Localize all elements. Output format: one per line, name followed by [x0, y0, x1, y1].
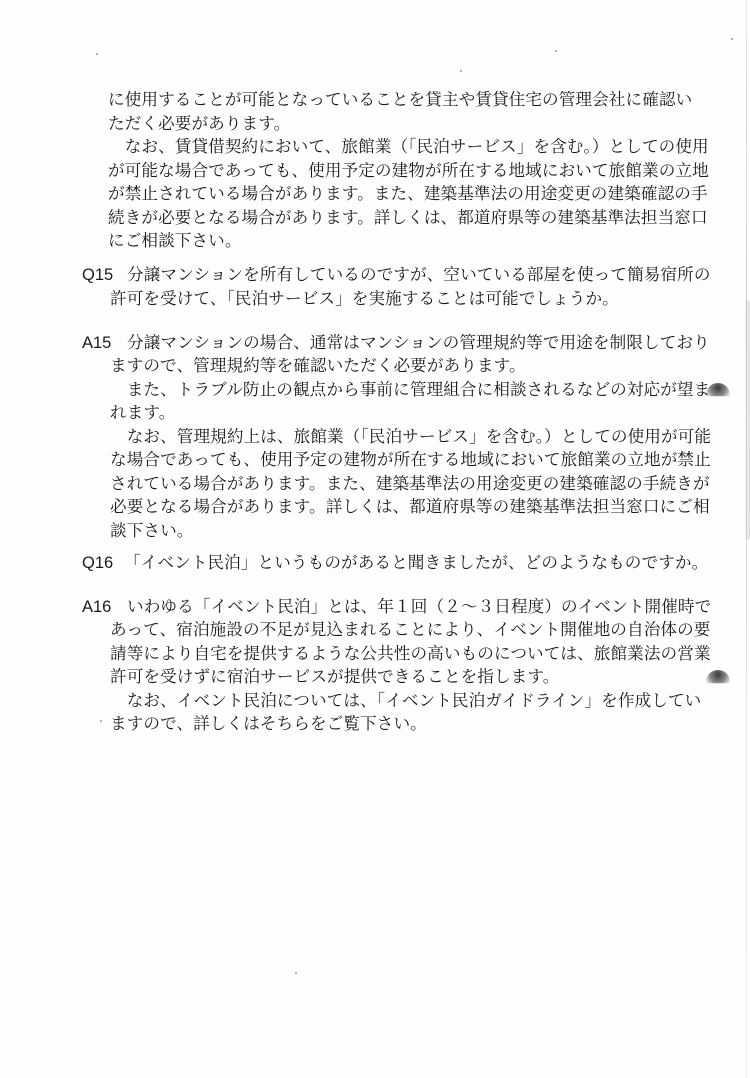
- scan-speck: [731, 38, 733, 40]
- text-line: 続きが必要となる場合があります。詳しくは、都道府県等の建築基準法担当窓口: [108, 208, 708, 228]
- page-edge-shadow: [744, 300, 750, 540]
- text-line: なお、賃貸借契約において、旅館業（「民泊サービス」を含む。）としての使用: [108, 137, 709, 157]
- text-line: が禁止されている場合があります。また、建築基準法の用途変更の建築確認の手: [108, 184, 708, 204]
- text-line: 必要となる場合があります。詳しくは、都道府県等の建築基準法担当窓口にご相: [110, 497, 710, 517]
- text-line: いわゆる「イベント民泊」とは、年１回（２～３日程度）のイベント開催時で: [127, 597, 711, 617]
- question-label: Q16: [82, 553, 113, 573]
- text-line: ますので、管理規約等を確認いただく必要があります。: [110, 356, 526, 376]
- text-line: 「イベント民泊」というものがあると聞きましたが、どのようなものですか。: [124, 553, 708, 573]
- text-line: なお、管理規約上は、旅館業（「民泊サービス」を含む。）としての使用が可能: [110, 427, 711, 447]
- text-line: 分譲マンションの場合、通常はマンションの管理規約等で用途を制限しており: [127, 333, 710, 353]
- text-line: 分譲マンションを所有しているのですが、空いている部屋を使って簡易宿所の: [127, 265, 711, 285]
- scanned-document-page: に使用することが可能となっていることを貸主や賃貸住宅の管理会社に確認い ただく必…: [0, 0, 750, 1078]
- answer-label: A16: [82, 597, 111, 617]
- text-line: にご相談下さい。: [108, 231, 242, 251]
- scan-speck: [295, 972, 297, 974]
- text-line: 請等により自宅を提供するような公共性の高いものについては、旅館業法の営業: [110, 644, 711, 664]
- text-line: れます。: [110, 403, 175, 423]
- text-line: 談下さい。: [110, 521, 193, 541]
- text-line: ただく必要があります。: [108, 114, 290, 134]
- scan-speck: [460, 70, 462, 72]
- text-line: 許可を受けずに宿泊サービスが提供できることを指します。: [110, 667, 559, 687]
- scan-speck: [100, 720, 102, 722]
- text-line: が可能な場合であっても、使用予定の建物が所在する地域において旅館業の立地: [108, 161, 709, 181]
- answer-label: A15: [82, 333, 111, 353]
- text-line: なお、イベント民泊については、「イベント民泊ガイドライン」を作成してい: [110, 691, 701, 711]
- question-label: Q15: [82, 265, 113, 285]
- text-line: されている場合があります。また、建築基準法の用途変更の建築確認の手続きが: [110, 474, 710, 494]
- scan-speck: [96, 53, 98, 55]
- text-line: な場合であっても、使用予定の建物が所在する地域において旅館業の立地が禁止: [110, 450, 711, 470]
- text-line: また、トラブル防止の観点から事前に管理組合に相談されるなどの対応が望ま: [110, 380, 710, 400]
- scan-speck: [555, 50, 557, 52]
- text-line: 許可を受けて、「民泊サービス」を実施することは可能でしょうか。: [110, 289, 619, 309]
- punch-hole-icon: [706, 670, 730, 694]
- text-line: に使用することが可能となっていることを貸主や賃貸住宅の管理会社に確認い: [108, 90, 692, 110]
- text-line: ますので、詳しくはそちらをご覧下さい。: [110, 714, 427, 734]
- text-line: あって、宿泊施設の不足が見込まれることにより、イベント開催地の自治体の要: [110, 620, 710, 640]
